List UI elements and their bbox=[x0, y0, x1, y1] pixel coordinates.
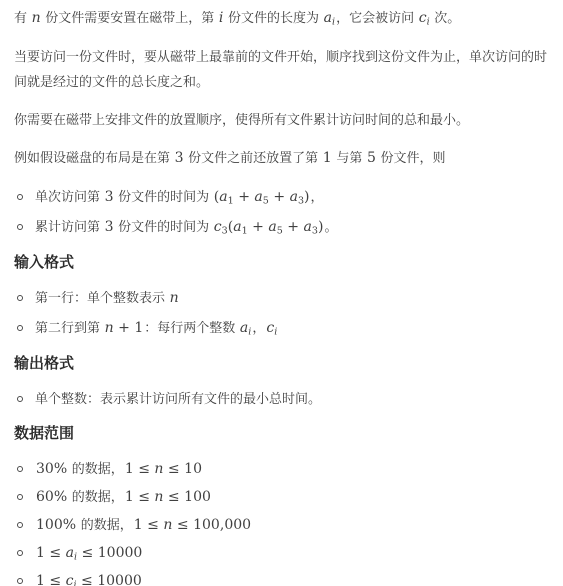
math-expression: 1 ≤ ci ≤ 10000 bbox=[35, 573, 143, 586]
math-expression: 1 ≤ n ≤ 100,000 bbox=[133, 517, 252, 533]
math-expression: 30% bbox=[35, 461, 68, 477]
math-expression: i bbox=[218, 10, 225, 26]
math-expression: 1 ≤ n ≤ 100 bbox=[124, 489, 212, 505]
list-item-input-line1: 第一行：单个整数表示 n bbox=[14, 285, 549, 311]
example-list: 单次访问第 3 份文件的时间为 (a1 + a5 + a3)， 累计访问第 3 … bbox=[14, 184, 549, 240]
problem-paragraph-goal: 你需要在磁带上安排文件的放置顺序，使得所有文件累计访问时间的总和最小。 bbox=[14, 107, 549, 132]
section-title-input-format: 输入格式 bbox=[14, 252, 549, 273]
math-expression: (a1 + a5 + a3) bbox=[213, 189, 311, 205]
problem-statement: 有 n 份文件需要安置在磁带上，第 i 份文件的长度为 ai，它会被访问 ci … bbox=[0, 0, 563, 586]
section-title-output-format: 输出格式 bbox=[14, 353, 549, 374]
math-expression: n bbox=[31, 10, 42, 26]
math-expression: 5 bbox=[366, 150, 377, 166]
math-expression: c3(a1 + a5 + a3) bbox=[213, 219, 325, 235]
math-expression: n + 1 bbox=[104, 320, 145, 336]
math-expression: 1 ≤ ai ≤ 10000 bbox=[35, 545, 143, 561]
list-item-output-value: 单个整数：表示累计访问所有文件的最小总时间。 bbox=[14, 386, 549, 411]
list-item-constraint-100pct: 100% 的数据，1 ≤ n ≤ 100,000 bbox=[14, 512, 549, 538]
list-item-constraint-ci: 1 ≤ ci ≤ 10000 bbox=[14, 568, 549, 586]
math-expression: 100% bbox=[35, 517, 77, 533]
math-expression: 1 ≤ n ≤ 10 bbox=[124, 461, 203, 477]
math-expression: 3 bbox=[104, 219, 115, 235]
list-item-cumulative-access-time: 累计访问第 3 份文件的时间为 c3(a1 + a5 + a3)。 bbox=[14, 214, 549, 240]
problem-paragraph-example-intro: 例如假设磁盘的布局是在第 3 份文件之前还放置了第 1 与第 5 份文件，则 bbox=[14, 145, 549, 171]
problem-paragraph-files-intro: 有 n 份文件需要安置在磁带上，第 i 份文件的长度为 ai，它会被访问 ci … bbox=[14, 5, 549, 31]
data-range-list: 30% 的数据，1 ≤ n ≤ 10 60% 的数据，1 ≤ n ≤ 100 1… bbox=[14, 456, 549, 586]
math-expression: n bbox=[169, 290, 180, 306]
math-expression: 3 bbox=[104, 189, 115, 205]
input-format-list: 第一行：单个整数表示 n 第二行到第 n + 1：每行两个整数 ai，ci bbox=[14, 285, 549, 341]
output-format-list: 单个整数：表示累计访问所有文件的最小总时间。 bbox=[14, 386, 549, 411]
section-title-data-range: 数据范围 bbox=[14, 423, 549, 444]
math-expression: ci bbox=[265, 320, 278, 336]
math-expression: ci bbox=[418, 10, 431, 26]
math-expression: ai bbox=[323, 10, 336, 26]
math-expression: 1 bbox=[322, 150, 333, 166]
math-expression: ai bbox=[239, 320, 252, 336]
list-item-input-lines-rest: 第二行到第 n + 1：每行两个整数 ai，ci bbox=[14, 315, 549, 341]
list-item-constraint-ai: 1 ≤ ai ≤ 10000 bbox=[14, 540, 549, 566]
math-expression: 60% bbox=[35, 489, 68, 505]
list-item-constraint-60pct: 60% 的数据，1 ≤ n ≤ 100 bbox=[14, 484, 549, 510]
list-item-single-access-time: 单次访问第 3 份文件的时间为 (a1 + a5 + a3)， bbox=[14, 184, 549, 210]
math-expression: 3 bbox=[174, 150, 185, 166]
problem-paragraph-access-rule: 当要访问一份文件时，要从磁带上最靠前的文件开始，顺序找到这份文件为止，单次访问的… bbox=[14, 44, 549, 94]
list-item-constraint-30pct: 30% 的数据，1 ≤ n ≤ 10 bbox=[14, 456, 549, 482]
